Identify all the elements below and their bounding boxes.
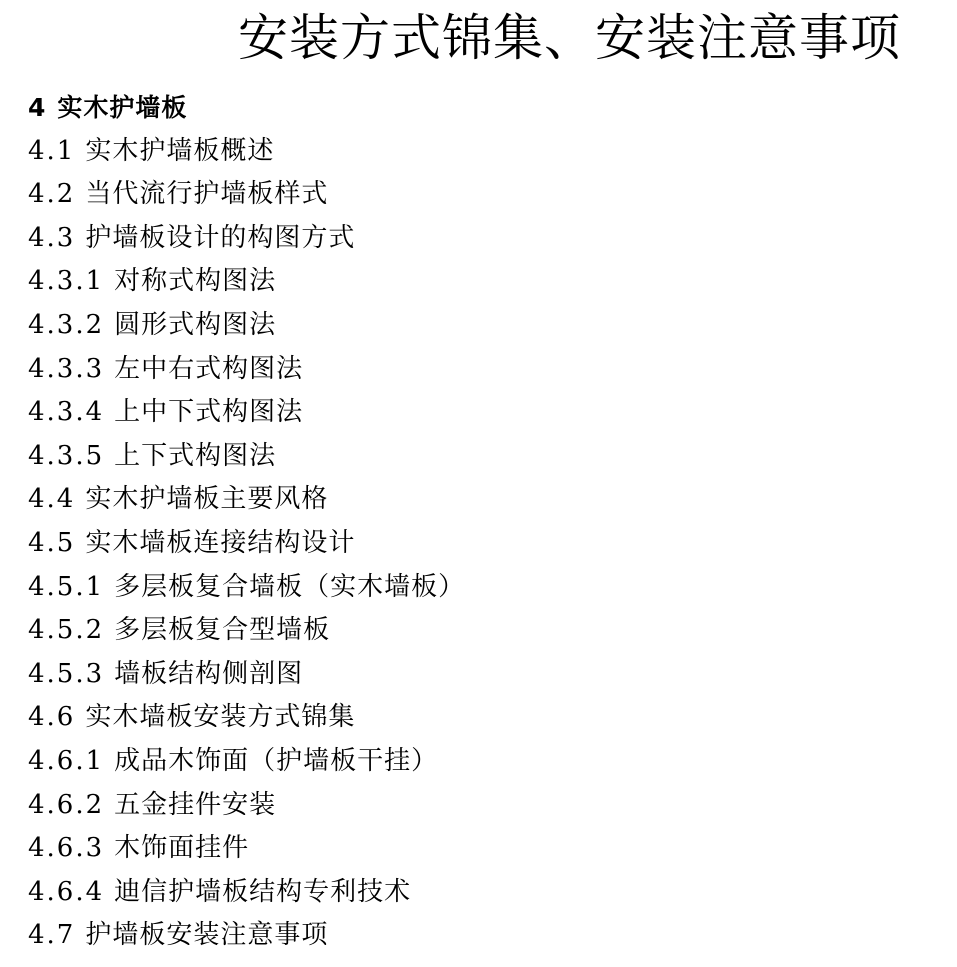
toc-text: 成品木饰面（护墙板干挂） bbox=[114, 746, 438, 776]
toc-text: 护墙板设计的构图方式 bbox=[85, 223, 355, 253]
toc-item: 4.6.1成品木饰面（护墙板干挂） bbox=[28, 740, 465, 784]
toc-item: 4.5.2多层板复合型墙板 bbox=[28, 609, 465, 653]
toc-text: 实木墙板连接结构设计 bbox=[85, 528, 355, 558]
toc-item: 4.3.5上下式构图法 bbox=[28, 435, 465, 479]
toc-text: 多层板复合墙板（实木墙板） bbox=[114, 572, 465, 602]
toc-item: 4.7护墙板安装注意事项 bbox=[28, 914, 465, 958]
toc-item: 4实木护墙板 bbox=[28, 86, 465, 130]
toc-item: 4.3.4上中下式构图法 bbox=[28, 391, 465, 435]
toc-number: 4.6.3 bbox=[28, 827, 104, 871]
toc-text: 上中下式构图法 bbox=[114, 397, 303, 427]
toc-text: 木饰面挂件 bbox=[114, 833, 249, 863]
toc-number: 4.1 bbox=[28, 130, 75, 174]
toc-text: 墙板结构侧剖图 bbox=[114, 659, 303, 689]
toc-item: 4.6实木墙板安装方式锦集 bbox=[28, 696, 465, 740]
toc-number: 4.3.5 bbox=[28, 435, 104, 479]
toc-number: 4.6.2 bbox=[28, 784, 104, 828]
toc-number: 4.6.4 bbox=[28, 871, 104, 915]
toc-text: 实木护墙板主要风格 bbox=[85, 484, 328, 514]
toc-number: 4.5.3 bbox=[28, 653, 104, 697]
toc-item: 4.6.2五金挂件安装 bbox=[28, 784, 465, 828]
toc-number: 4.3.2 bbox=[28, 304, 104, 348]
toc-item: 4.2当代流行护墙板样式 bbox=[28, 173, 465, 217]
toc-item: 4.3.2圆形式构图法 bbox=[28, 304, 465, 348]
toc-text: 迪信护墙板结构专利技术 bbox=[114, 877, 411, 907]
toc-item: 4.5.1多层板复合墙板（实木墙板） bbox=[28, 566, 465, 610]
toc-number: 4.3 bbox=[28, 217, 75, 261]
toc-number: 4.7 bbox=[28, 914, 75, 958]
table-of-contents: 4实木护墙板 4.1实木护墙板概述 4.2当代流行护墙板样式 4.3护墙板设计的… bbox=[28, 86, 465, 958]
toc-number: 4.3.1 bbox=[28, 260, 104, 304]
toc-number: 4.2 bbox=[28, 173, 75, 217]
toc-text: 护墙板安装注意事项 bbox=[85, 920, 328, 950]
toc-item: 4.6.4迪信护墙板结构专利技术 bbox=[28, 871, 465, 915]
toc-number: 4.5 bbox=[28, 522, 75, 566]
toc-text: 上下式构图法 bbox=[114, 441, 276, 471]
toc-item: 4.3护墙板设计的构图方式 bbox=[28, 217, 465, 261]
toc-item: 4.3.3左中右式构图法 bbox=[28, 348, 465, 392]
toc-text: 圆形式构图法 bbox=[114, 310, 276, 340]
toc-item: 4.5.3墙板结构侧剖图 bbox=[28, 653, 465, 697]
toc-text: 对称式构图法 bbox=[114, 266, 276, 296]
toc-item: 4.4实木护墙板主要风格 bbox=[28, 478, 465, 522]
toc-text: 五金挂件安装 bbox=[114, 790, 276, 820]
toc-number: 4.6 bbox=[28, 696, 75, 740]
page-title: 安装方式锦集、安装注意事项 bbox=[238, 8, 901, 68]
toc-number: 4.6.1 bbox=[28, 740, 104, 784]
toc-text: 实木墙板安装方式锦集 bbox=[85, 702, 355, 732]
toc-item: 4.6.3木饰面挂件 bbox=[28, 827, 465, 871]
toc-text: 左中右式构图法 bbox=[114, 354, 303, 384]
toc-number: 4.5.1 bbox=[28, 566, 104, 610]
toc-item: 4.3.1对称式构图法 bbox=[28, 260, 465, 304]
toc-text: 当代流行护墙板样式 bbox=[85, 179, 328, 209]
toc-number: 4.3.4 bbox=[28, 391, 104, 435]
toc-number: 4.3.3 bbox=[28, 348, 104, 392]
toc-number: 4.4 bbox=[28, 478, 75, 522]
toc-item: 4.1实木护墙板概述 bbox=[28, 130, 465, 174]
toc-text: 实木护墙板概述 bbox=[85, 136, 274, 166]
toc-text: 实木护墙板 bbox=[57, 93, 187, 122]
toc-text: 多层板复合型墙板 bbox=[114, 615, 330, 645]
toc-number: 4.5.2 bbox=[28, 609, 104, 653]
toc-item: 4.5实木墙板连接结构设计 bbox=[28, 522, 465, 566]
toc-number: 4 bbox=[28, 86, 47, 130]
